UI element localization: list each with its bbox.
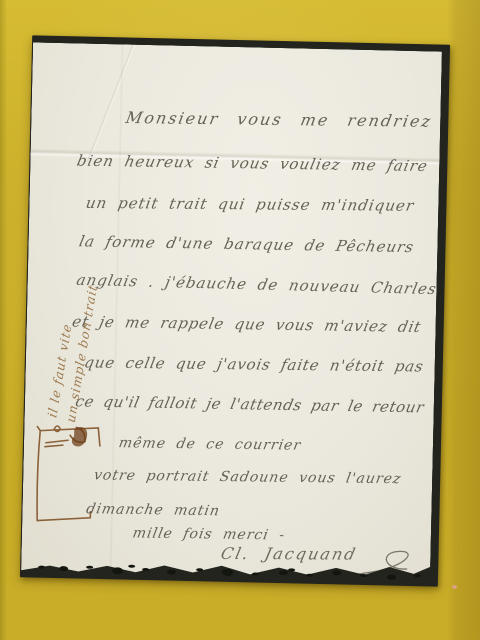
handwriting-line: même de ce courrier (117, 435, 302, 453)
handwriting-line: et je me rappele que vous m'aviez dit (71, 313, 423, 336)
letter-paper: Monsieur vous me rendriez bien heureux s… (21, 42, 442, 579)
baraque-sketch (28, 418, 115, 532)
handwriting-line: votre portrait Sadoune vous l'aurez (92, 467, 402, 487)
margin-note: il le faut vite un simple bon trait (43, 183, 118, 425)
handwriting-line: Monsieur vous me rendriez (124, 108, 434, 131)
letter-stack: Monsieur vous me rendriez bien heureux s… (20, 35, 450, 586)
handwriting-line: la forme d'une baraque de Pêcheurs (77, 232, 416, 256)
handwriting-line: que celle que j'avois faite n'étoit pas (83, 353, 426, 375)
handwriting-line: anglais . j'ébauche de nouveau Charles 2 (75, 271, 460, 299)
dust-speck (452, 585, 457, 589)
handwriting-line: un petit trait qui puisse m'indiquer (84, 194, 415, 215)
handwriting-line: ce qu'il falloit je l'attends par le ret… (74, 392, 426, 416)
paper-crease (86, 40, 137, 163)
signature: Cl. Jacquand (219, 544, 359, 564)
torn-edge-specks (38, 566, 45, 569)
photo-background: Monsieur vous me rendriez bien heureux s… (0, 0, 480, 640)
handwriting-line: bien heureux si vous vouliez me faire (75, 152, 429, 175)
